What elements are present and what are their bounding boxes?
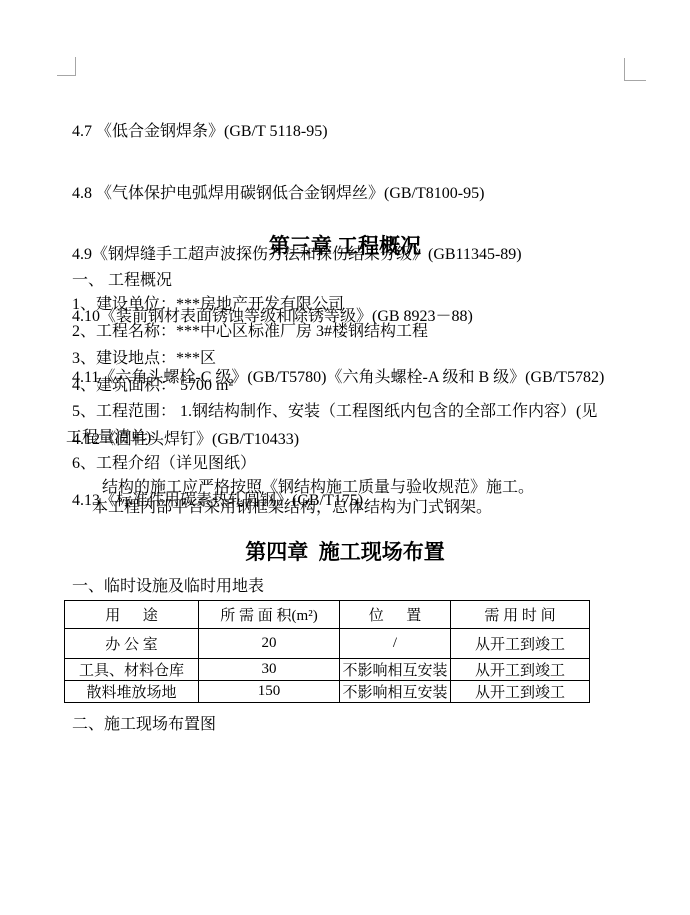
standard-item: 4.7 《低合金钢焊条》(GB/T 5118-95) <box>72 122 604 143</box>
project-info-item: 3、建设地点：***区 <box>72 350 216 368</box>
project-info-item: 2、工程名称：***中心区标准厂房 3#楼钢结构工程 <box>72 323 428 341</box>
chapter3-title: 第三章 工程概况 <box>0 230 690 260</box>
table-cell: 从开工到竣工 <box>451 681 590 703</box>
section-heading-overview: 一、 工程概况 <box>72 272 172 290</box>
document-page: 4.7 《低合金钢焊条》(GB/T 5118-95) 4.8 《气体保护电弧焊用… <box>0 0 690 915</box>
project-info-item: 4、建筑面积： 5700 m² <box>72 377 233 395</box>
project-info-item: 1、建设单位：***房地产开发有限公司 <box>72 296 344 314</box>
table-cell: 办 公 室 <box>65 629 199 659</box>
table-cell: 从开工到竣工 <box>451 659 590 681</box>
table-header-location: 位 置 <box>340 601 451 629</box>
table-header-time: 需 用 时 间 <box>451 601 590 629</box>
table-cell: 20 <box>199 629 340 659</box>
table-cell: 150 <box>199 681 340 703</box>
table-cell: 工具、材料仓库 <box>65 659 199 681</box>
text-boundary-mark-top-left <box>57 57 76 76</box>
table-header-area: 所 需 面 积(m²) <box>199 601 340 629</box>
standard-item: 4.8 《气体保护电弧焊用碳钢低合金钢焊丝》(GB/T8100-95) <box>72 184 604 205</box>
project-intro-paragraph: 本工程内部平台采用钢框架结构，总体结构为门式钢架。 <box>92 499 492 517</box>
footer-heading: 二、施工现场布置图 <box>72 716 216 734</box>
table-cell: 不影响相互安装 <box>340 681 451 703</box>
table-row: 散料堆放场地 150 不影响相互安装 从开工到竣工 <box>65 681 590 703</box>
standard-item: 4.12《圆柱头焊钉》(GB/T10433) <box>72 430 604 451</box>
project-info-item-continuation: 工程量清单) <box>66 429 151 447</box>
table-cell: / <box>340 629 451 659</box>
table-header-purpose: 用 途 <box>65 601 199 629</box>
table-cell: 从开工到竣工 <box>451 629 590 659</box>
table-cell: 不影响相互安装 <box>340 659 451 681</box>
chapter4-title: 第四章 施工现场布置 <box>0 536 690 566</box>
project-intro-paragraph: 结构的施工应严格按照《钢结构施工质量与验收规范》施工。 <box>102 479 534 497</box>
table-row: 工具、材料仓库 30 不影响相互安装 从开工到竣工 <box>65 659 590 681</box>
table-header-row: 用 途 所 需 面 积(m²) 位 置 需 用 时 间 <box>65 601 590 629</box>
text-boundary-mark-top-right <box>624 58 646 81</box>
table-heading: 一、临时设施及临时用地表 <box>72 578 264 596</box>
table-row: 办 公 室 20 / 从开工到竣工 <box>65 629 590 659</box>
project-info-item: 5、工程范围： 1.钢结构制作、安装（工程图纸内包含的全部工作内容）(见 <box>72 403 597 421</box>
table-cell: 散料堆放场地 <box>65 681 199 703</box>
table-cell: 30 <box>199 659 340 681</box>
temporary-facilities-table: 用 途 所 需 面 积(m²) 位 置 需 用 时 间 办 公 室 20 / 从… <box>64 600 590 703</box>
project-info-item: 6、工程介绍（详见图纸） <box>72 455 256 473</box>
